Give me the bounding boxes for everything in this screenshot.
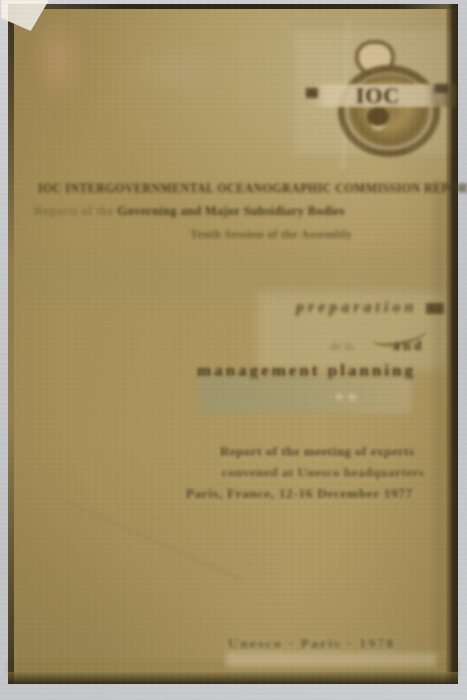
photo-vignette bbox=[8, 4, 458, 684]
scanned-cover-photo: IOC IOC INTERGOVERNMENTAL OCEANOGRAPHIC … bbox=[0, 0, 467, 700]
